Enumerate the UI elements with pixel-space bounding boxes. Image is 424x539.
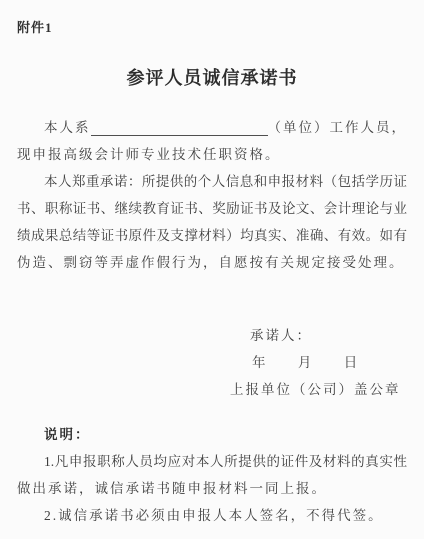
document-page: 附件1 参评人员诚信承诺书 本人系 （单位）工作人员， 现申报高级会计师专业技术… bbox=[0, 0, 424, 539]
note-line-2: 2.诚信承诺书必须由申报人本人签名，不得代签。 bbox=[17, 502, 407, 529]
paragraph1-line2: 现申报高级会计师专业技术任职资格。 bbox=[17, 141, 407, 168]
document-title: 参评人员诚信承诺书 bbox=[17, 63, 407, 93]
notes-heading: 说明： bbox=[17, 421, 407, 448]
notes-section: 说明： 1.凡申报职称人员均应对本人所提供的证件及材料的真实性 做出承诺，诚信承… bbox=[17, 421, 407, 529]
date-line: 年 月 日 bbox=[252, 349, 407, 376]
date-month-label: 月 bbox=[298, 349, 314, 376]
seal-line: 上报单位（公司）盖公章 bbox=[230, 376, 407, 403]
paragraph2-line1: 本人郑重承诺：所提供的个人信息和申报材料（包括学历证 bbox=[17, 168, 407, 195]
unit-blank-underline bbox=[91, 134, 268, 136]
note-line-1: 1.凡申报职称人员均应对本人所提供的证件及材料的真实性 bbox=[17, 448, 407, 475]
signature-block: 承诺人： 年 月 日 上报单位（公司）盖公章 bbox=[17, 322, 407, 403]
paragraph1-prefix: 本人系 bbox=[44, 114, 91, 141]
paragraph2-line4: 伪造、剽窃等弄虚作假行为，自愿按有关规定接受处理。 bbox=[17, 249, 407, 276]
paragraph2-line2: 书、职称证书、继续教育证书、奖励证书及论文、会计理论与业 bbox=[17, 195, 407, 222]
date-day-label: 日 bbox=[344, 349, 360, 376]
promiser-label: 承诺人： bbox=[250, 322, 407, 349]
paragraph2-line3: 绩成果总结等证书原件及支撑材料）均真实、准确、有效。如有 bbox=[17, 222, 407, 249]
attachment-label: 附件1 bbox=[17, 14, 407, 41]
note-line-1-continued: 做出承诺，诚信承诺书随申报材料一同上报。 bbox=[17, 475, 407, 502]
date-year-label: 年 bbox=[252, 349, 268, 376]
paragraph1-suffix: （单位）工作人员， bbox=[268, 114, 408, 141]
paragraph1-line1: 本人系 （单位）工作人员， bbox=[17, 114, 407, 141]
